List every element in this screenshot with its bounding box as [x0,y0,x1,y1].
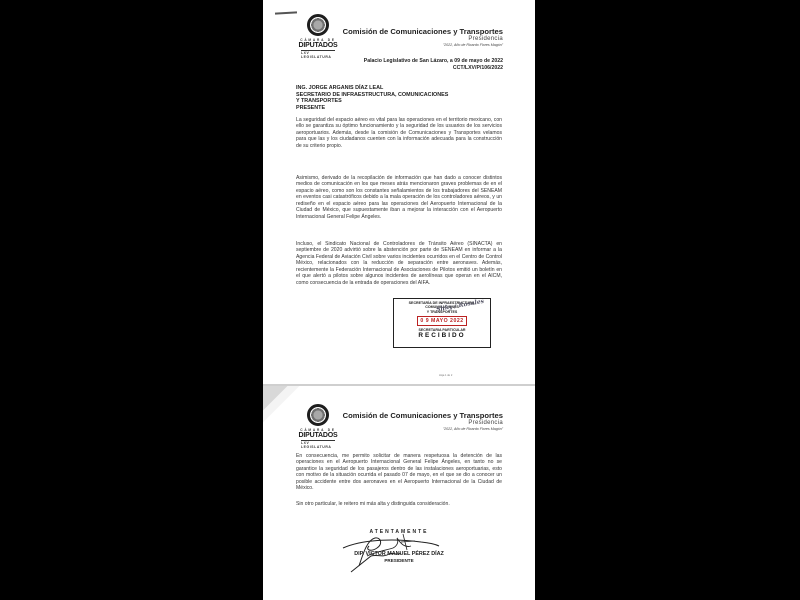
place-date: Palacio Legislativo de San Lázaro, a 09 … [364,58,503,65]
letter-page-2: CÁMARA DE DIPUTADOS LXV LEGISLATURA Comi… [263,386,535,600]
logo-chamber-big: DIPUTADOS [297,42,339,49]
recipient-block: ING. JORGE ARGANIS DÍAZ LEAL SECRETARIO … [296,85,448,111]
page-footer-mark: Hoja 1 de 2 [439,374,452,377]
closing-phrase: ATENTAMENTE [263,529,535,535]
letterhead-header: Comisión de Comunicaciones y Transportes… [343,27,503,47]
salutation: PRESENTE [296,105,448,112]
office-name: Presidencia [343,420,503,427]
recipient-name: ING. JORGE ARGANIS DÍAZ LEAL [296,85,448,92]
seal-icon [307,404,329,426]
paragraph: Asimismo, derivado de la recopilación de… [296,175,502,220]
logo-legislature: LXV LEGISLATURA [301,50,335,59]
recipient-title-2: Y TRANSPORTES [296,98,448,105]
motto: "2022, Año de Ricardo Flores Magón" [343,43,503,47]
chamber-logo: CÁMARA DE DIPUTADOS LXV LEGISLATURA [297,404,339,449]
seal-icon [307,14,329,36]
commission-name: Comisión de Comunicaciones y Transportes [343,27,503,36]
letter-page-1: CÁMARA DE DIPUTADOS LXV LEGISLATURA Comi… [263,0,535,385]
motto: "2022, Año de Ricardo Flores Magón" [343,427,503,431]
logo-chamber-big: DIPUTADOS [297,432,339,439]
paragraph: La seguridad del espacio aéreo es vital … [296,117,502,149]
commission-name: Comisión de Comunicaciones y Transportes [343,411,503,420]
signer-role: PRESIDENTE [263,558,535,563]
closing-block: ATENTAMENTE DIP. VÍCTOR MANUEL PÉREZ DÍA… [263,529,535,563]
office-name: Presidencia [343,36,503,43]
letterhead-header: Comisión de Comunicaciones y Transportes… [343,411,503,431]
paragraph: En consecuencia, me permito solicitar de… [296,453,502,492]
reference-number: CCT/LXV/P/106/2022 [364,65,503,72]
stamp-date: 0 9 MAYO 2022 [417,316,467,326]
paragraph: Sin otro particular, le reitero mi más a… [296,501,502,507]
place-date-block: Palacio Legislativo de San Lázaro, a 09 … [364,58,503,72]
pen-mark [275,11,297,14]
received-stamp: SECRETARÍA DE INFRAESTRUCTURA, COMUNICAC… [393,298,491,348]
paragraph: Incluso, el Sindicato Nacional de Contro… [296,241,502,286]
logo-legislature: LXV LEGISLATURA [301,440,335,449]
recipient-title-1: SECRETARIO DE INFRAESTRUCTURA, COMUNICAC… [296,92,448,99]
chamber-logo: CÁMARA DE DIPUTADOS LXV LEGISLATURA [297,14,339,59]
stamp-status: RECIBIDO [394,332,490,339]
signer-name: DIP. VÍCTOR MANUEL PÉREZ DÍAZ [263,551,535,557]
